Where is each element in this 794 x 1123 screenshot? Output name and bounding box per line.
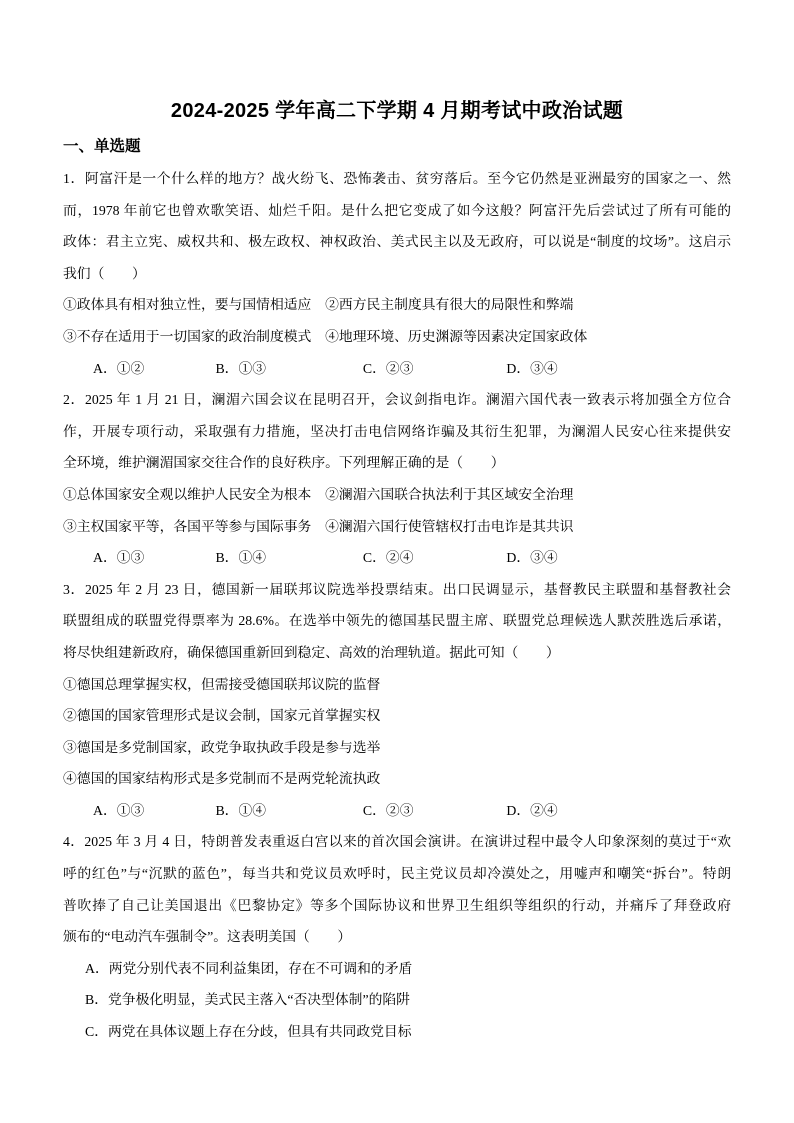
question-3-choice-b: B．①④ xyxy=(215,795,359,827)
question-1-option-pair-line: ③不存在适用于一切国家的政治制度模式 ④地理环境、历史渊源等因素决定国家政体 xyxy=(63,321,731,353)
page-title: 2024-2025 学年高二下学期 4 月期考试中政治试题 xyxy=(63,98,731,125)
page-content: 2024-2025 学年高二下学期 4 月期考试中政治试题 一、单选题 1．阿富… xyxy=(0,0,794,1048)
question-3-stem-line: 3．2025 年 2 月 23 日，德国新一届联邦议院选举投票结束。出口民调显示… xyxy=(63,574,731,606)
question-4-choice-a: A．两党分别代表不同利益集团，存在不可调和的矛盾 xyxy=(63,953,731,985)
question-2-option-pair-line: ③主权国家平等，各国平等参与国际事务 ④澜湄六国行使管辖权打击电诈是其共识 xyxy=(63,511,731,543)
question-2-stem-line: 2．2025 年 1 月 21 日，澜湄六国会议在昆明召开，会议剑指电诈。澜湄六… xyxy=(63,384,731,416)
question-4-choice-c: C．两党在具体议题上存在分歧，但具有共同政党目标 xyxy=(63,1016,731,1048)
exam-document-page: 2024-2025 学年高二下学期 4 月期考试中政治试题 一、单选题 1．阿富… xyxy=(0,0,794,1123)
question-3-option-line: ④德国的国家结构形式是多党制而不是两党轮流执政 xyxy=(63,763,731,795)
question-2: 2．2025 年 1 月 21 日，澜湄六国会议在昆明召开，会议剑指电诈。澜湄六… xyxy=(63,384,731,574)
question-4-stem-line: 颁布的“电动汽车强制令”。这表明美国（ ） xyxy=(63,921,731,953)
question-4-stem-line: 普吹捧了自己让美国退出《巴黎协定》等多个国际协议和世界卫生组织等组织的行动，并痛… xyxy=(63,890,731,922)
section-heading: 一、单选题 xyxy=(63,135,731,159)
question-1-stem-line: 而，1978 年前它也曾欢歌笑语、灿烂千阳。是什么把它变成了如今这般？阿富汗先后… xyxy=(63,195,731,227)
question-3-stem-line: 将尽快组建新政府，确保德国重新回到稳定、高效的治理轨道。据此可知（ ） xyxy=(63,637,731,669)
question-1-option-pair-line: ①政体具有相对独立性，要与国情相适应 ②西方民主制度具有很大的局限性和弊端 xyxy=(63,289,731,321)
question-3-stem-line: 联盟组成的联盟党得票率为 28.6%。在选举中领先的德国基民盟主席、联盟党总理候… xyxy=(63,605,731,637)
question-2-choice-d: D．③④ xyxy=(506,542,557,574)
question-3-choice-d: D．②④ xyxy=(506,795,557,827)
question-3: 3．2025 年 2 月 23 日，德国新一届联邦议院选举投票结束。出口民调显示… xyxy=(63,574,731,827)
question-1-choice-d: D．③④ xyxy=(506,353,557,385)
question-1: 1．阿富汗是一个什么样的地方？战火纷飞、恐怖袭击、贫穷落后。至今它仍然是亚洲最穷… xyxy=(63,163,731,384)
question-3-choice-c: C．②③ xyxy=(363,795,503,827)
question-1-choice-a: A．①② xyxy=(93,353,212,385)
question-1-choice-b: B．①③ xyxy=(215,353,359,385)
question-3-choice-a: A．①③ xyxy=(93,795,212,827)
question-4-stem-line: 4．2025 年 3 月 4 日，特朗普发表重返白宫以来的首次国会演讲。在演讲过… xyxy=(63,826,731,858)
questions-body: 1．阿富汗是一个什么样的地方？战火纷飞、恐怖袭击、贫穷落后。至今它仍然是亚洲最穷… xyxy=(63,163,731,1048)
question-1-stem-line: 政体：君主立宪、威权共和、极左政权、神权政治、美式民主以及无政府，可以说是“制度… xyxy=(63,226,731,258)
question-1-stem-line: 1．阿富汗是一个什么样的地方？战火纷飞、恐怖袭击、贫穷落后。至今它仍然是亚洲最穷… xyxy=(63,163,731,195)
question-3-option-line: ③德国是多党制国家，政党争取执政手段是参与选举 xyxy=(63,732,731,764)
question-4-stem-line: 呼的红色”与“沉默的蓝色”，每当共和党议员欢呼时，民主党议员却冷漠处之，用嘘声和… xyxy=(63,858,731,890)
question-1-choices-row: A．①② B．①③ C．②③ D．③④ xyxy=(63,353,731,385)
question-2-stem-line: 作，开展专项行动，采取强有力措施，坚决打击电信网络诈骗及其衍生犯罪，为澜湄人民安… xyxy=(63,416,731,448)
question-1-stem-line: 我们（ ） xyxy=(63,258,731,290)
question-4: 4．2025 年 3 月 4 日，特朗普发表重返白宫以来的首次国会演讲。在演讲过… xyxy=(63,826,731,1047)
question-3-option-line: ①德国总理掌握实权，但需接受德国联邦议院的监督 xyxy=(63,669,731,701)
question-3-option-line: ②德国的国家管理形式是议会制，国家元首掌握实权 xyxy=(63,700,731,732)
question-3-choices-row: A．①③ B．①④ C．②③ D．②④ xyxy=(63,795,731,827)
question-2-stem-line: 全环境，维护澜湄国家交往合作的良好秩序。下列理解正确的是（ ） xyxy=(63,447,731,479)
question-1-choice-c: C．②③ xyxy=(363,353,503,385)
question-2-choice-c: C．②④ xyxy=(363,542,503,574)
question-2-choice-a: A．①③ xyxy=(93,542,212,574)
question-4-choice-b: B．党争极化明显，美式民主落入“否决型体制”的陷阱 xyxy=(63,984,731,1016)
question-2-option-pair-line: ①总体国家安全观以维护人民安全为根本 ②澜湄六国联合执法利于其区域安全治理 xyxy=(63,479,731,511)
question-2-choices-row: A．①③ B．①④ C．②④ D．③④ xyxy=(63,542,731,574)
question-2-choice-b: B．①④ xyxy=(215,542,359,574)
